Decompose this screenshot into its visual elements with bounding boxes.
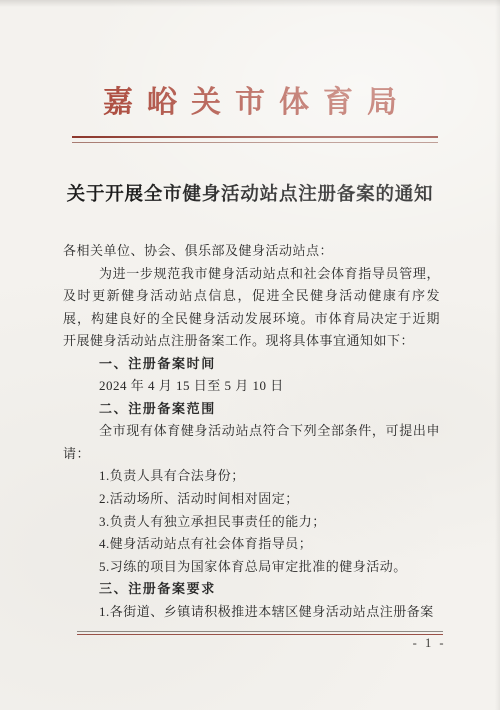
section-2-intro: 全市现有体育健身活动站点符合下列全部条件，可提出申请： xyxy=(63,420,440,465)
document-body: 各相关单位、协会、俱乐部及健身活动站点： 为进一步规范我市健身活动站点和社会体育… xyxy=(63,240,440,623)
footer-rule xyxy=(77,631,443,632)
section-1-heading: 一、注册备案时间 xyxy=(63,353,440,376)
section-3-heading: 三、注册备案要求 xyxy=(63,578,440,601)
agency-letterhead-title: 嘉峪关市体育局 xyxy=(0,86,500,120)
intro-paragraph: 为进一步规范我市健身活动站点和社会体育指导员管理，及时更新健身活动站点信息，促进… xyxy=(63,263,440,353)
letterhead-rule xyxy=(72,136,438,138)
section-1-date-line: 2024 年 4 月 15 日至 5 月 10 日 xyxy=(63,375,440,398)
list-item: 4.健身活动站点有社会体育指导员； xyxy=(63,533,440,556)
list-item: 5.习练的项目为国家体育总局审定批准的健身活动。 xyxy=(63,556,440,579)
scan-edge-top xyxy=(0,0,500,7)
list-item: 2.活动场所、活动时间相对固定； xyxy=(63,488,440,511)
page-number: - 1 - xyxy=(413,636,446,651)
section-3-first-line: 1.各街道、乡镇请积极推进本辖区健身活动站点注册备案 xyxy=(63,601,440,624)
list-item: 1.负责人具有合法身份； xyxy=(63,465,440,488)
document-title: 关于开展全市健身活动站点注册备案的通知 xyxy=(20,181,480,209)
list-item: 3.负责人有独立承担民事责任的能力； xyxy=(63,511,440,534)
salutation: 各相关单位、协会、俱乐部及健身活动站点： xyxy=(63,240,440,263)
section-2-heading: 二、注册备案范围 xyxy=(63,398,440,421)
